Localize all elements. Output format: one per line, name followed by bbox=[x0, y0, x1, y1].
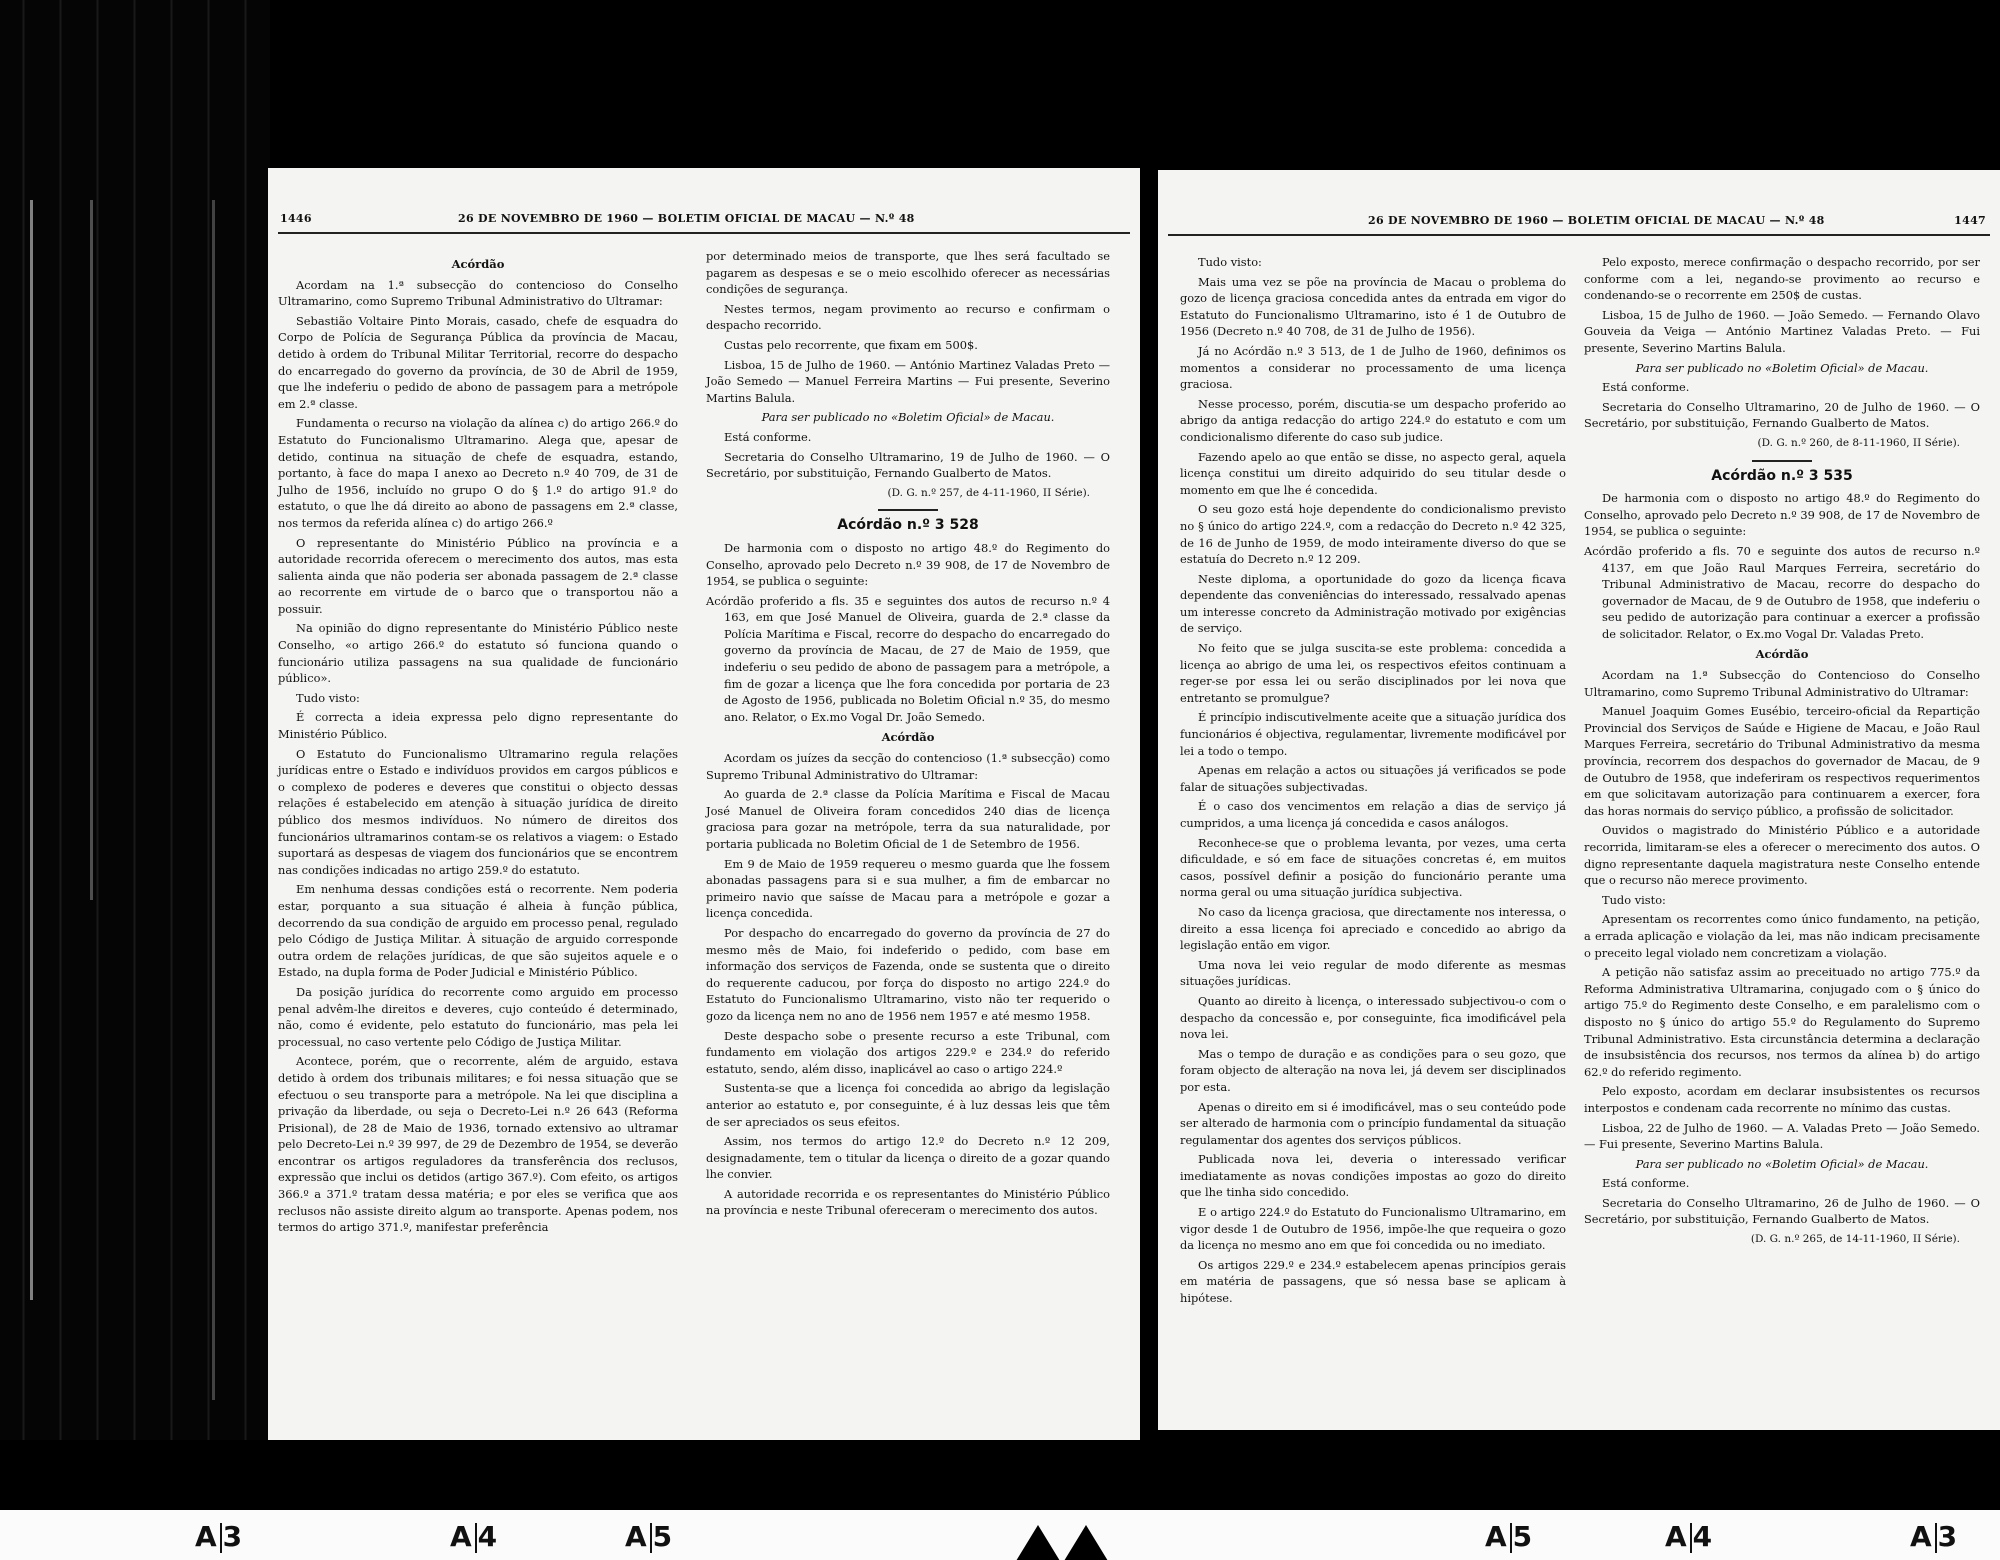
paragraph: por determinado meios de transporte, que… bbox=[706, 248, 1110, 298]
paragraph: Acórdão proferido a fls. 35 e seguintes … bbox=[706, 593, 1110, 726]
paragraph: É correcta a ideia expressa pelo digno r… bbox=[278, 709, 678, 742]
paragraph: Tudo visto: bbox=[1180, 254, 1566, 271]
paragraph: Reconhece-se que o problema levanta, por… bbox=[1180, 835, 1566, 901]
paragraph: Está conforme. bbox=[1584, 379, 1980, 396]
header-rule bbox=[1168, 234, 1990, 236]
paragraph: Publicada nova lei, deveria o interessad… bbox=[1180, 1151, 1566, 1201]
paragraph: Acordam na 1.ª Subsecção do Contencioso … bbox=[1584, 667, 1980, 700]
microfilm-edge bbox=[0, 0, 270, 1470]
column-1: AcórdãoAcordam na 1.ª subsecção do conte… bbox=[278, 252, 678, 1239]
paragraph: No feito que se julga suscita-se este pr… bbox=[1180, 640, 1566, 706]
paragraph: Pelo exposto, acordam em declarar insubs… bbox=[1584, 1083, 1980, 1116]
column-2: por determinado meios de transporte, que… bbox=[706, 248, 1110, 1222]
paragraph: Uma nova lei veio regular de modo difere… bbox=[1180, 957, 1566, 990]
paragraph: Secretaria do Conselho Ultramarino, 19 d… bbox=[706, 449, 1110, 482]
paragraph: Neste diploma, a oportunidade do gozo da… bbox=[1180, 571, 1566, 637]
paragraph: Tudo visto: bbox=[278, 690, 678, 707]
column-1: Tudo visto:Mais uma vez se põe na provín… bbox=[1180, 254, 1566, 1310]
film-frame-mark: A3 bbox=[195, 1520, 244, 1553]
paragraph: Apenas o direito em si é imodificável, m… bbox=[1180, 1099, 1566, 1149]
publication-reference: (D. G. n.º 260, de 8-11-1960, II Série). bbox=[1584, 435, 1980, 452]
section-separator bbox=[1752, 460, 1812, 462]
paragraph: O Estatuto do Funcionalismo Ultramarino … bbox=[278, 746, 678, 879]
scan-streak bbox=[30, 200, 33, 1300]
paragraph: Da posição jurídica do recorrente como a… bbox=[278, 984, 678, 1050]
column-2: Pelo exposto, merece confirmação o despa… bbox=[1584, 254, 1980, 1251]
paragraph: Apenas em relação a actos ou situações j… bbox=[1180, 762, 1566, 795]
section-heading: Acórdão bbox=[278, 256, 678, 273]
paragraph: Ouvidos o magistrado do Ministério Públi… bbox=[1584, 822, 1980, 888]
section-separator bbox=[878, 509, 938, 511]
paragraph: Tudo visto: bbox=[1584, 892, 1980, 909]
page-number: 1447 bbox=[1954, 214, 1986, 227]
paragraph: No caso da licença graciosa, que directa… bbox=[1180, 904, 1566, 954]
paragraph: Nesse processo, porém, discutia-se um de… bbox=[1180, 396, 1566, 446]
paragraph: Nestes termos, negam provimento ao recur… bbox=[706, 301, 1110, 334]
paragraph: Assim, nos termos do artigo 12.º do Decr… bbox=[706, 1133, 1110, 1183]
paragraph: Mais uma vez se põe na província de Maca… bbox=[1180, 274, 1566, 340]
paragraph: Lisboa, 15 de Julho de 1960. — João Seme… bbox=[1584, 307, 1980, 357]
right-page: 26 DE NOVEMBRO DE 1960 — BOLETIM OFICIAL… bbox=[1158, 170, 2000, 1430]
paragraph: Apresentam os recorrentes como único fun… bbox=[1584, 911, 1980, 961]
paragraph: Ao guarda de 2.ª classe da Polícia Marít… bbox=[706, 786, 1110, 852]
publication-note: Para ser publicado no «Boletim Oficial» … bbox=[1584, 1156, 1980, 1173]
acordao-title: Acórdão n.º 3 528 bbox=[706, 517, 1110, 534]
film-frame-mark: A3 bbox=[1910, 1520, 1959, 1553]
paragraph: Na opinião do digno representante do Min… bbox=[278, 620, 678, 686]
paragraph: Fundamenta o recurso na violação da alín… bbox=[278, 415, 678, 531]
film-frame-mark: A4 bbox=[450, 1520, 499, 1553]
paragraph: Está conforme. bbox=[706, 429, 1110, 446]
paragraph: Lisboa, 22 de Julho de 1960. — A. Valada… bbox=[1584, 1120, 1980, 1153]
paragraph: E o artigo 224.º do Estatuto do Funciona… bbox=[1180, 1204, 1566, 1254]
scan-streak bbox=[90, 200, 93, 900]
paragraph: Sustenta-se que a licença foi concedida … bbox=[706, 1080, 1110, 1130]
paragraph: Acordam na 1.ª subsecção do contencioso … bbox=[278, 277, 678, 310]
paragraph: A petição não satisfaz assim ao preceitu… bbox=[1584, 964, 1980, 1080]
page-number: 1446 bbox=[280, 212, 312, 225]
paragraph: De harmonia com o disposto no artigo 48.… bbox=[706, 540, 1110, 590]
film-frame-mark: A4 bbox=[1665, 1520, 1714, 1553]
paragraph: Lisboa, 15 de Julho de 1960. — António M… bbox=[706, 357, 1110, 407]
paragraph: Acontece, porém, que o recorrente, além … bbox=[278, 1053, 678, 1236]
header-title: 26 DE NOVEMBRO DE 1960 — BOLETIM OFICIAL… bbox=[458, 212, 915, 225]
paragraph: O representante do Ministério Público na… bbox=[278, 535, 678, 618]
paragraph: É princípio indiscutivelmente aceite que… bbox=[1180, 709, 1566, 759]
paragraph: O seu gozo está hoje dependente do condi… bbox=[1180, 501, 1566, 567]
paragraph: Manuel Joaquim Gomes Eusébio, terceiro-o… bbox=[1584, 703, 1980, 819]
acordao-title: Acórdão n.º 3 535 bbox=[1584, 468, 1980, 485]
book-gutter bbox=[1140, 160, 1158, 1480]
paragraph: Fazendo apelo ao que então se disse, no … bbox=[1180, 449, 1566, 499]
publication-reference: (D. G. n.º 265, de 14-11-1960, II Série)… bbox=[1584, 1231, 1980, 1248]
paragraph: Pelo exposto, merece confirmação o despa… bbox=[1584, 254, 1980, 304]
paragraph: Quanto ao direito à licença, o interessa… bbox=[1180, 993, 1566, 1043]
header-title: 26 DE NOVEMBRO DE 1960 — BOLETIM OFICIAL… bbox=[1368, 214, 1825, 227]
paragraph: Já no Acórdão n.º 3 513, de 1 de Julho d… bbox=[1180, 343, 1566, 393]
film-frame-mark: A5 bbox=[625, 1520, 674, 1553]
paragraph: De harmonia com o disposto no artigo 48.… bbox=[1584, 490, 1980, 540]
paragraph: Acordam os juízes da secção do contencio… bbox=[706, 750, 1110, 783]
paragraph: Secretaria do Conselho Ultramarino, 20 d… bbox=[1584, 399, 1980, 432]
header-rule bbox=[278, 232, 1130, 234]
paragraph: É o caso dos vencimentos em relação a di… bbox=[1180, 798, 1566, 831]
publication-note: Para ser publicado no «Boletim Oficial» … bbox=[1584, 360, 1980, 377]
publication-note: Para ser publicado no «Boletim Oficial» … bbox=[706, 409, 1110, 426]
paragraph: Em nenhuma dessas condições está o recor… bbox=[278, 881, 678, 981]
paragraph: A autoridade recorrida e os representant… bbox=[706, 1186, 1110, 1219]
paragraph: Está conforme. bbox=[1584, 1175, 1980, 1192]
page-header: 26 DE NOVEMBRO DE 1960 — BOLETIM OFICIAL… bbox=[1168, 212, 1990, 238]
section-heading: Acórdão bbox=[1584, 646, 1980, 663]
paragraph: Acórdão proferido a fls. 70 e seguinte d… bbox=[1584, 543, 1980, 643]
paragraph: Mas o tempo de duração e as condições pa… bbox=[1180, 1046, 1566, 1096]
paragraph: Os artigos 229.º e 234.º estabelecem ape… bbox=[1180, 1257, 1566, 1307]
publication-reference: (D. G. n.º 257, de 4-11-1960, II Série). bbox=[706, 485, 1110, 502]
paragraph: Secretaria do Conselho Ultramarino, 26 d… bbox=[1584, 1195, 1980, 1228]
film-frame-mark: A5 bbox=[1485, 1520, 1534, 1553]
section-heading: Acórdão bbox=[706, 729, 1110, 746]
gutter-arrow-left-icon bbox=[1016, 1525, 1060, 1560]
paragraph: Por despacho do encarregado do governo d… bbox=[706, 925, 1110, 1025]
left-page: 1446 26 DE NOVEMBRO DE 1960 — BOLETIM OF… bbox=[268, 168, 1140, 1468]
paragraph: Deste despacho sobe o presente recurso a… bbox=[706, 1028, 1110, 1078]
gutter-arrow-right-icon bbox=[1064, 1525, 1108, 1560]
paragraph: Em 9 de Maio de 1959 requereu o mesmo gu… bbox=[706, 856, 1110, 922]
page-header: 1446 26 DE NOVEMBRO DE 1960 — BOLETIM OF… bbox=[278, 210, 1130, 236]
paragraph: Sebastião Voltaire Pinto Morais, casado,… bbox=[278, 313, 678, 413]
paragraph: Custas pelo recorrente, que fixam em 500… bbox=[706, 337, 1110, 354]
scan-streak bbox=[212, 200, 215, 1400]
